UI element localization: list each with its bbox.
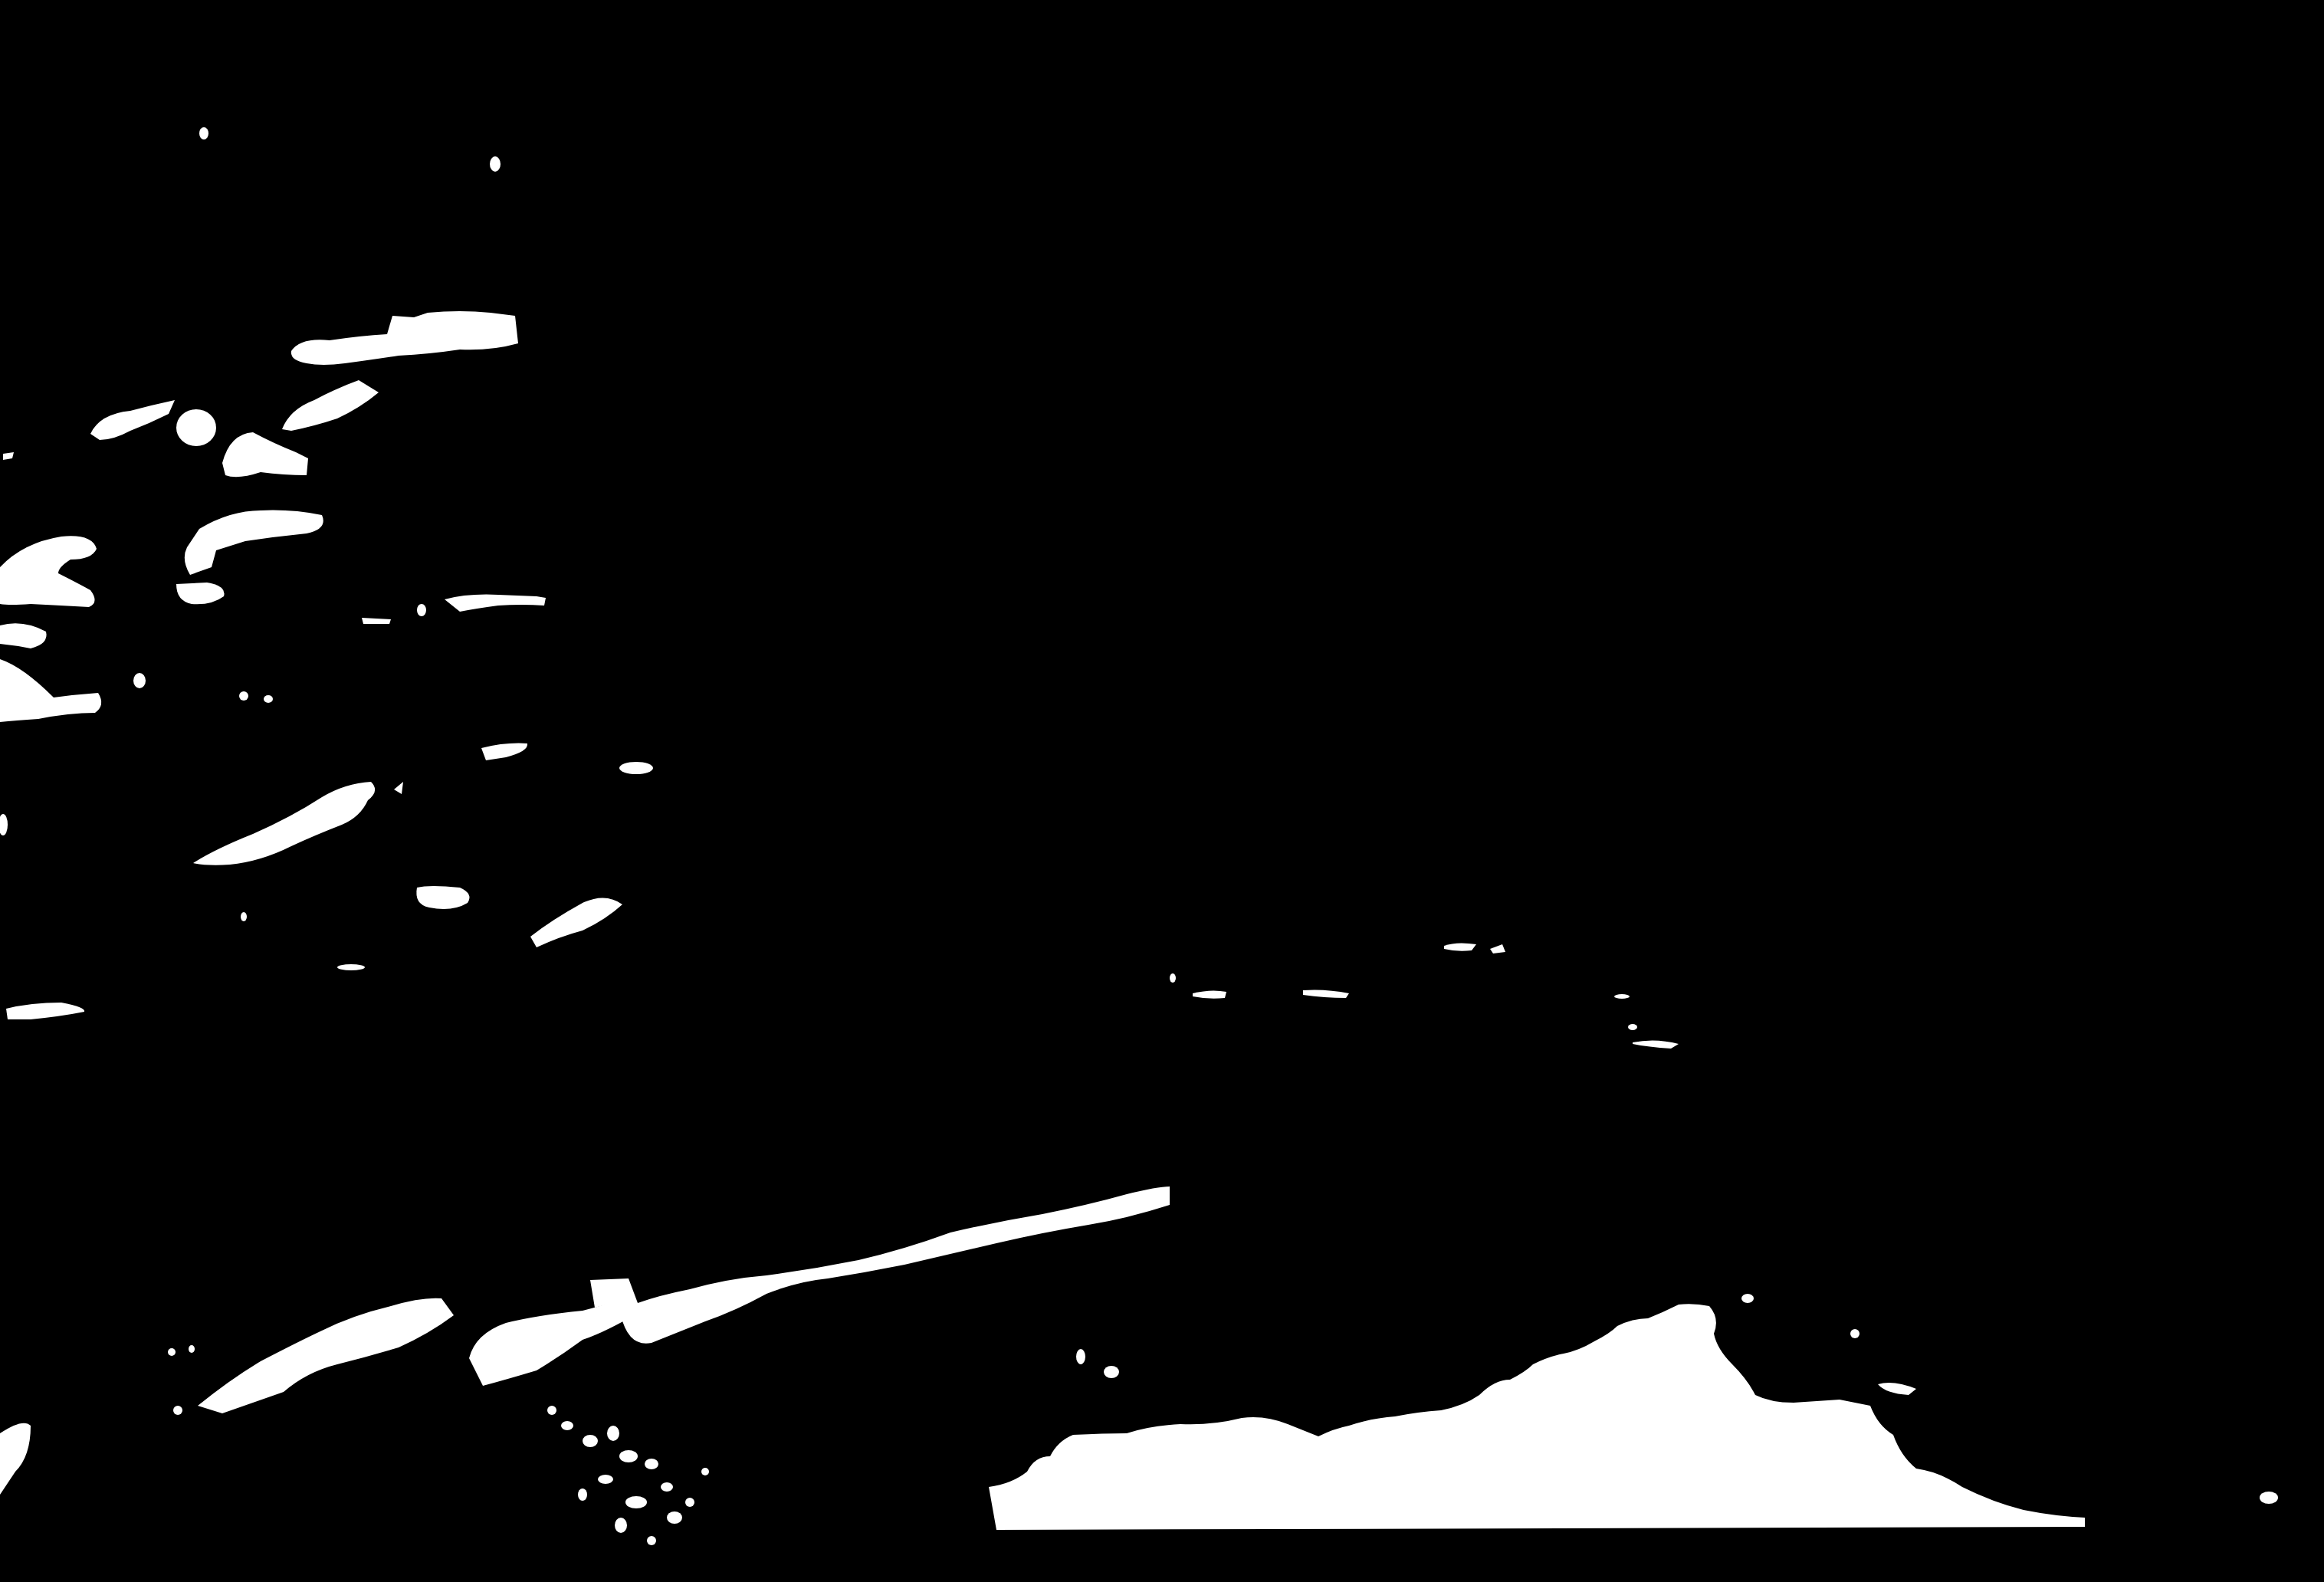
- segmentation-mask: [0, 0, 2324, 1582]
- foreground-regions: [0, 127, 2278, 1545]
- mask-canvas: [0, 0, 2324, 1582]
